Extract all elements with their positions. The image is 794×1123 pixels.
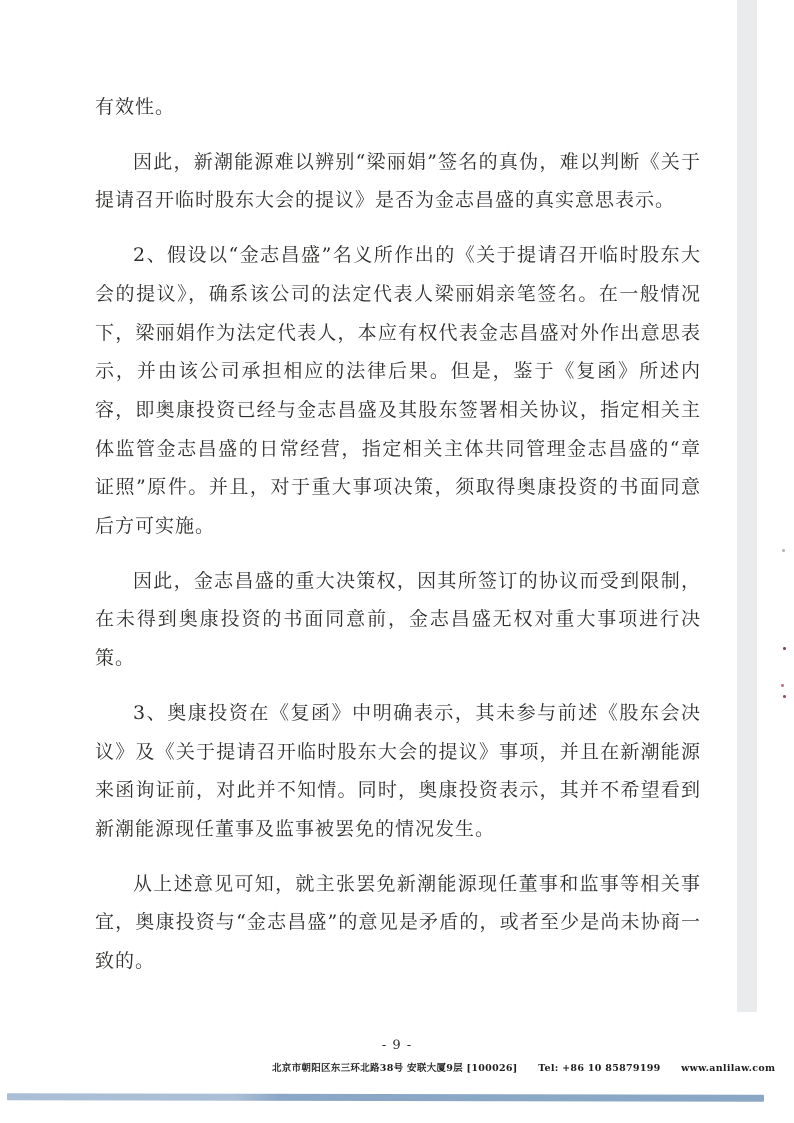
footer-contact-line: 北京市朝阳区东三环北路38号 安联大厦9层 [100026] Tel: +86 … <box>272 1060 775 1074</box>
scan-artifact-blue-band <box>7 1093 764 1102</box>
footer-address: 北京市朝阳区东三环北路38号 安联大厦9层 [100026] <box>272 1060 518 1074</box>
body-paragraph: 因此，金志昌盛的重大决策权，因其所签订的协议而受到限制，在未得到奥康投资的书面同… <box>95 562 701 678</box>
body-paragraph: 因此，新潮能源难以辨别“梁丽娟”签名的真伪，难以判断《关于提请召开临时股东大会的… <box>95 143 701 220</box>
body-paragraph: 2、假设以“金志昌盛”名义所作出的《关于提请召开临时股东大会的提议》，确系该公司… <box>95 236 701 546</box>
body-paragraph: 3、奥康投资在《复函》中明确表示，其未参与前述《股东会决议》及《关于提请召开临时… <box>95 694 701 849</box>
document-page: 有效性。 因此，新潮能源难以辨别“梁丽娟”签名的真伪，难以判断《关于提请召开临时… <box>0 0 794 1123</box>
scan-speck <box>783 647 786 650</box>
page-number: - 9 - <box>0 1038 794 1053</box>
footer-website: www.anlilaw.com <box>681 1063 775 1074</box>
scan-artifact-right-strip <box>737 0 757 1012</box>
footer-tel: Tel: +86 10 85879199 <box>538 1063 660 1074</box>
scan-speck <box>782 549 785 552</box>
body-paragraph: 从上述意见可知，就主张罢免新潮能源现任董事和监事等相关事宜，奥康投资与“金志昌盛… <box>95 865 701 981</box>
scan-speck <box>781 684 784 687</box>
body-paragraph: 有效性。 <box>95 88 701 127</box>
document-body: 有效性。 因此，新潮能源难以辨别“梁丽娟”签名的真伪，难以判断《关于提请召开临时… <box>95 88 701 997</box>
scan-speck <box>783 695 786 698</box>
